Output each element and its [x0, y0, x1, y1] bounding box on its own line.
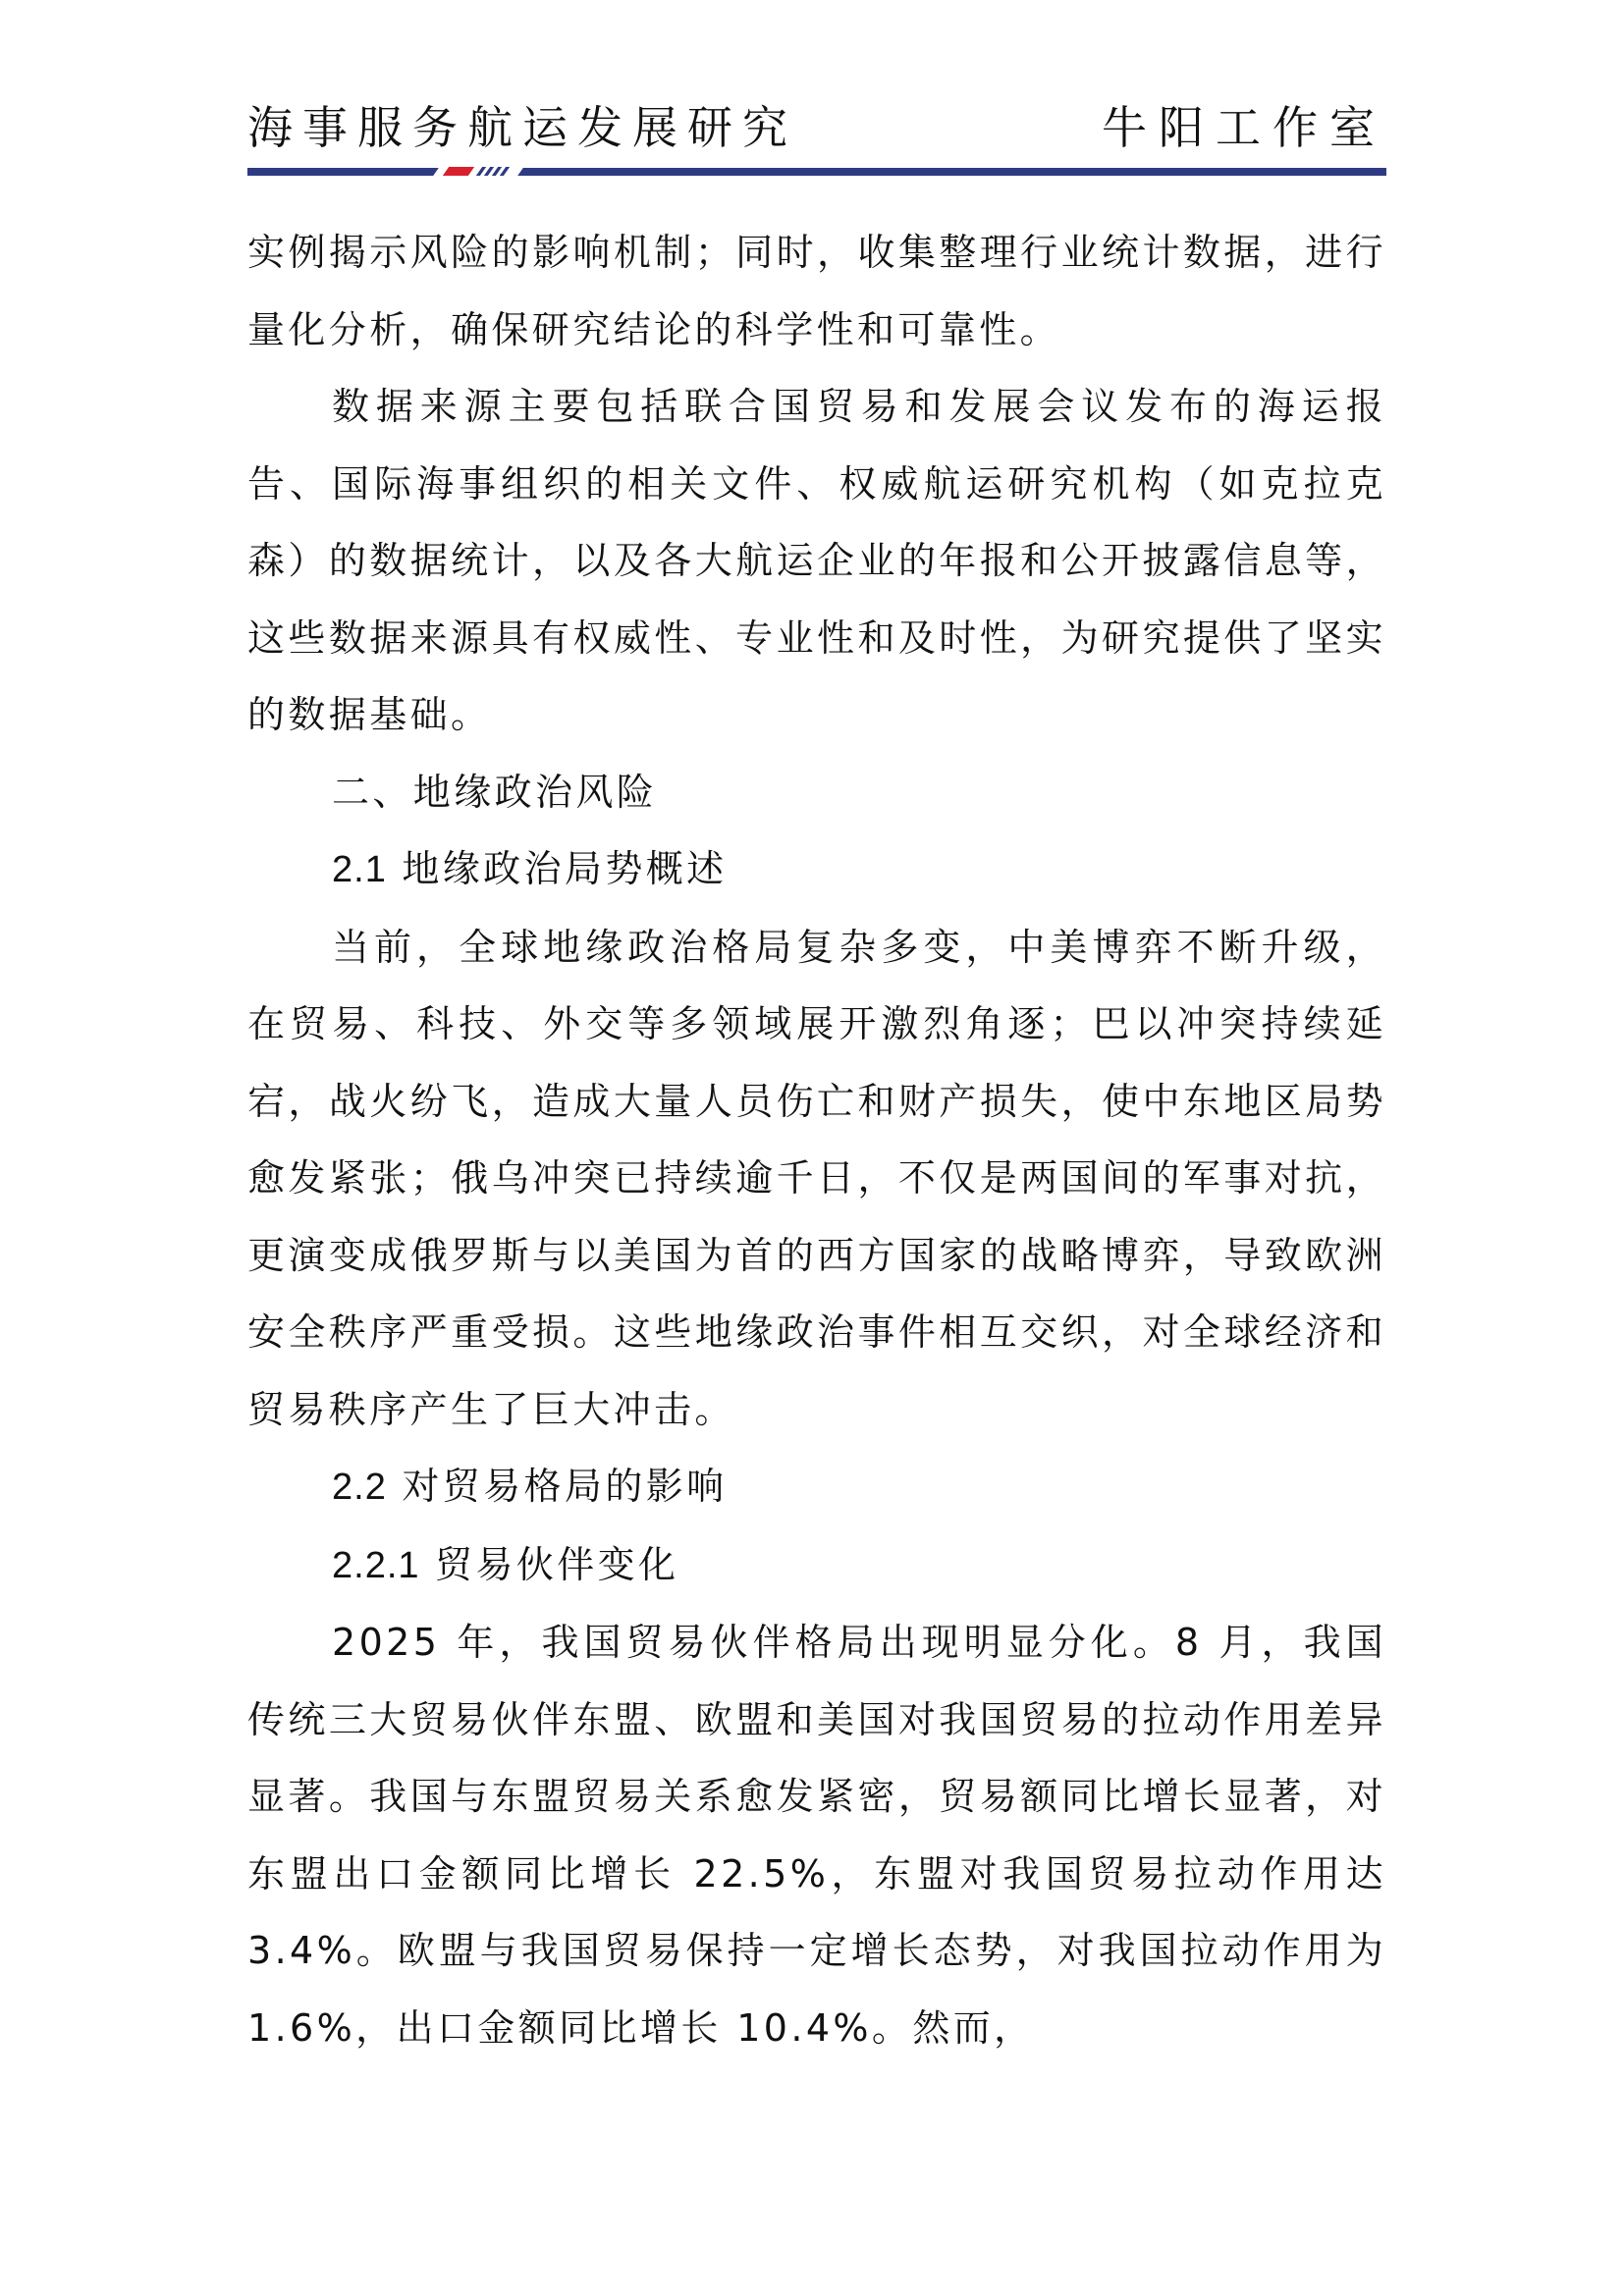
subsection-number: 2.2.1 [332, 1545, 420, 1586]
subsection-heading-2-1: 2.1 地缘政治局势概述 [247, 830, 1386, 909]
subsection-title: 地缘政治局势概述 [402, 847, 727, 890]
section-heading-text: 二、地缘政治风险 [332, 771, 657, 814]
paragraph-trade-partners: 2025 年，我国贸易伙伴格局出现明显分化。8 月，我国传统三大贸易伙伴东盟、欧… [247, 1604, 1386, 2066]
paragraph-data-sources: 数据来源主要包括联合国贸易和发展会议发布的海运报告、国际海事组织的相关文件、权威… [247, 368, 1386, 754]
subsection-title: 对贸易格局的影响 [402, 1465, 727, 1508]
section-heading-geopolitical-risk: 二、地缘政治风险 [247, 754, 1386, 831]
page-header: 海事服务航运发展研究 牛阳工作室 [247, 98, 1386, 157]
subsection-number: 2.2 [332, 1467, 387, 1508]
subsection-title: 贸易伙伴变化 [435, 1543, 678, 1586]
document-body: 实例揭示风险的影响机制；同时，收集整理行业统计数据，进行量化分析，确保研究结论的… [247, 214, 1386, 2066]
header-rule [247, 168, 1386, 176]
subsection-number: 2.1 [332, 849, 387, 890]
header-rule-accent [436, 166, 520, 178]
header-organization: 牛阳工作室 [1102, 98, 1386, 157]
subsection-heading-2-2-1: 2.2.1 贸易伙伴变化 [247, 1526, 1386, 1605]
subsection-heading-2-2: 2.2 对贸易格局的影响 [247, 1448, 1386, 1526]
paragraph-geopolitical-overview: 当前，全球地缘政治格局复杂多变，中美博弈不断升级，在贸易、科技、外交等多领域展开… [247, 909, 1386, 1449]
header-title: 海事服务航运发展研究 [247, 98, 797, 157]
paragraph-methodology: 实例揭示风险的影响机制；同时，收集整理行业统计数据，进行量化分析，确保研究结论的… [247, 214, 1386, 368]
header-rule-bar [247, 168, 1386, 176]
